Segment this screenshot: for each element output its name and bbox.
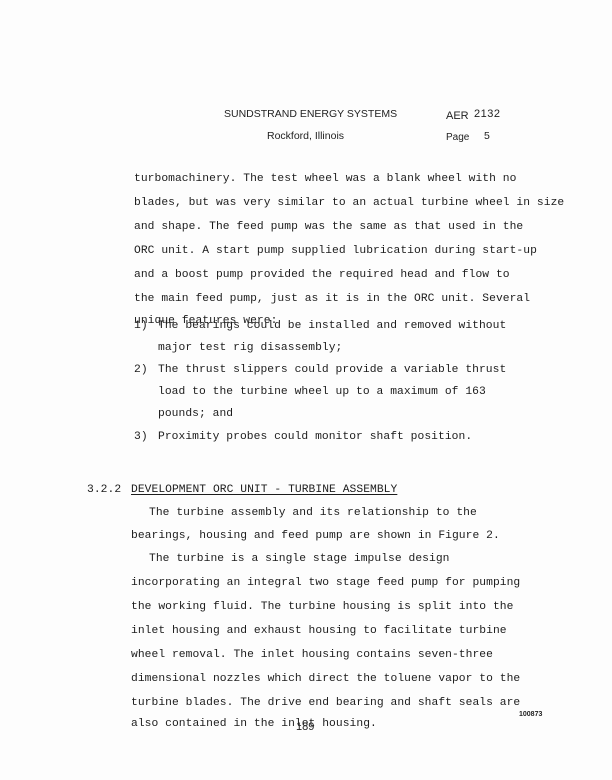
section-line: also contained in the inlet housing. [131, 718, 377, 730]
report-label: AER [446, 110, 469, 122]
list-item-line: The bearings could be installed and remo… [158, 320, 506, 332]
section-line: inlet housing and exhaust housing to fac… [131, 625, 507, 637]
body-line: ORC unit. A start pump supplied lubricat… [134, 245, 537, 257]
list-marker: 2) [134, 364, 148, 376]
page-label: Page [446, 132, 469, 143]
section-line: wheel removal. The inlet housing contain… [131, 649, 493, 661]
body-line: and a boost pump provided the required h… [134, 269, 510, 281]
list-marker: 3) [134, 431, 148, 443]
footer-page-number: 189 [296, 721, 314, 733]
body-line: turbomachinery. The test wheel was a bla… [134, 173, 516, 185]
body-line: blades, but was very similar to an actua… [134, 197, 564, 209]
body-line: the main feed pump, just as it is in the… [134, 293, 530, 305]
section-line: bearings, housing and feed pump are show… [131, 530, 500, 542]
section-line: the working fluid. The turbine housing i… [131, 601, 513, 613]
report-number: 2132 [474, 108, 500, 120]
list-item-line: The thrust slippers could provide a vari… [158, 364, 506, 376]
section-line: incorporating an integral two stage feed… [131, 577, 520, 589]
section-line: dimensional nozzles which direct the tol… [131, 673, 520, 685]
list-item-line: major test rig disassembly; [158, 342, 342, 354]
section-title: DEVELOPMENT ORC UNIT - TURBINE ASSEMBLY [131, 484, 397, 496]
list-item-line: pounds; and [158, 408, 233, 420]
body-line: and shape. The feed pump was the same as… [134, 221, 523, 233]
page-number: 5 [484, 130, 490, 142]
list-item-line: Proximity probes could monitor shaft pos… [158, 431, 472, 443]
list-item-line: load to the turbine wheel up to a maximu… [158, 386, 486, 398]
company-location: Rockford, Illinois [267, 130, 344, 142]
list-marker: 1) [134, 320, 148, 332]
document-page: SUNDSTRAND ENERGY SYSTEMS Rockford, Illi… [0, 0, 612, 780]
section-line: The turbine assembly and its relationshi… [149, 507, 477, 519]
company-name: SUNDSTRAND ENERGY SYSTEMS [224, 108, 397, 120]
section-number: 3.2.2 [87, 484, 121, 496]
document-id: 100873 [519, 711, 542, 718]
section-line: The turbine is a single stage impulse de… [149, 553, 450, 565]
section-line: turbine blades. The drive end bearing an… [131, 697, 520, 709]
